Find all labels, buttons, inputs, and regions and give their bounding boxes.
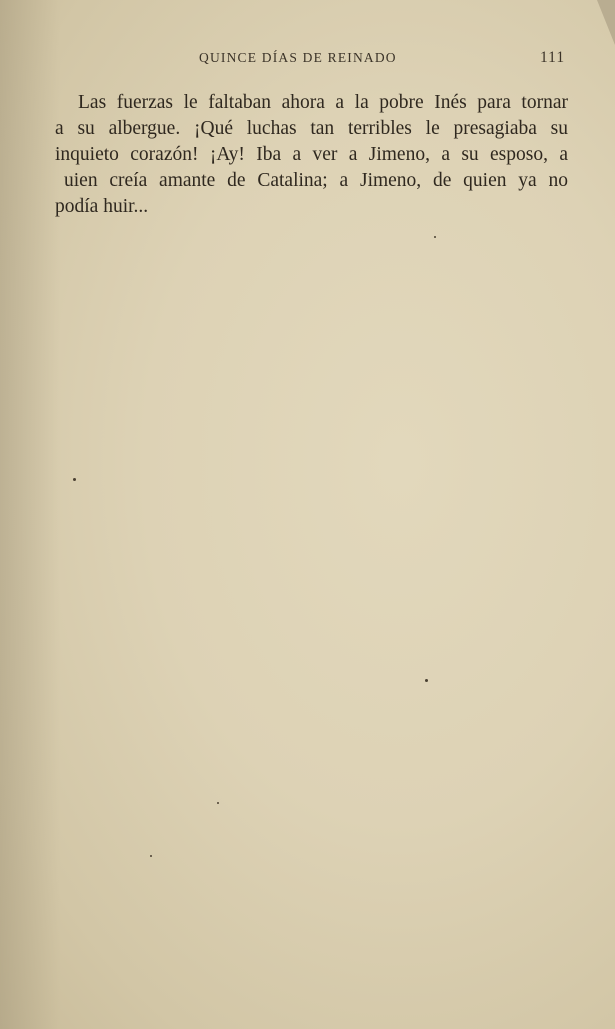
ink-speck [425, 679, 428, 682]
ink-speck [73, 478, 76, 481]
ink-speck [217, 802, 219, 804]
text-line: Las fuerzas le faltaban ahora a la pobre… [55, 90, 568, 116]
text-line: podía huir... [55, 194, 568, 220]
text-line: uien creía amante de Catalina; a Jimeno,… [55, 168, 568, 194]
running-title: QUINCE DÍAS DE REINADO [199, 50, 397, 66]
book-page: QUINCE DÍAS DE REINADO 111 Las fuerzas l… [0, 0, 615, 1029]
page-number: 111 [540, 49, 565, 67]
page-corner-shadow [597, 0, 615, 45]
paragraph: Las fuerzas le faltaban ahora a la pobre… [55, 90, 568, 220]
ink-speck [434, 236, 436, 238]
text-line: inquieto corazón! ¡Ay! Iba a ver a Jimen… [55, 142, 568, 168]
text-line: a su albergue. ¡Qué luchas tan terribles… [55, 116, 568, 142]
ink-speck [150, 855, 152, 857]
page-header: QUINCE DÍAS DE REINADO 111 [0, 50, 615, 72]
